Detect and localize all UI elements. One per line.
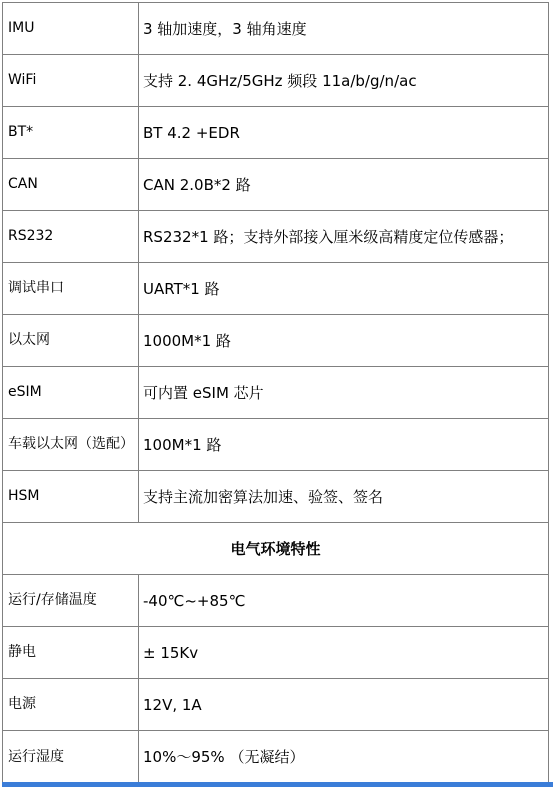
table-row: 运行湿度 10%〜95% （无凝结） (3, 731, 548, 783)
table-row: IMU 3 轴加速度，3 轴角速度 (3, 3, 548, 55)
row-label: 静电 (3, 627, 139, 678)
row-value: RS232*1 路；支持外部接入厘米级高精度定位传感器； (139, 211, 548, 262)
row-value: -40℃~+85℃ (139, 575, 548, 626)
row-label: 电源 (3, 679, 139, 730)
row-label: 运行湿度 (3, 731, 139, 783)
table-row: CAN CAN 2.0B*2 路 (3, 159, 548, 211)
section-header-title: 电气环境特性 (230, 538, 320, 559)
table-row: WiFi 支持 2. 4GHz/5GHz 频段 11a/b/g/n/ac (3, 55, 548, 107)
section-header-row: 电气环境特性 (3, 523, 548, 575)
row-label: 调试串口 (3, 263, 139, 314)
row-label: 车载以太网（选配） (3, 419, 139, 470)
spec-table: IMU 3 轴加速度，3 轴角速度 WiFi 支持 2. 4GHz/5GHz 频… (2, 2, 549, 783)
row-label: CAN (3, 159, 139, 210)
table-row: 运行/存储温度 -40℃~+85℃ (3, 575, 548, 627)
table-row: RS232 RS232*1 路；支持外部接入厘米级高精度定位传感器； (3, 211, 548, 263)
row-value: CAN 2.0B*2 路 (139, 159, 548, 210)
row-value: 12V, 1A (139, 679, 548, 730)
row-label: eSIM (3, 367, 139, 418)
row-value: 100M*1 路 (139, 419, 548, 470)
table-row: 车载以太网（选配） 100M*1 路 (3, 419, 548, 471)
row-label: 以太网 (3, 315, 139, 366)
table-row: BT* BT 4.2 +EDR (3, 107, 548, 159)
row-value: 支持 2. 4GHz/5GHz 频段 11a/b/g/n/ac (139, 55, 548, 106)
table-row: eSIM 可内置 eSIM 芯片 (3, 367, 548, 419)
row-label: WiFi (3, 55, 139, 106)
row-value: BT 4.2 +EDR (139, 107, 548, 158)
table-row: HSM 支持主流加密算法加速、验签、签名 (3, 471, 548, 523)
row-label: BT* (3, 107, 139, 158)
table-row: 以太网 1000M*1 路 (3, 315, 548, 367)
table-row: 电源 12V, 1A (3, 679, 548, 731)
row-value: 可内置 eSIM 芯片 (139, 367, 548, 418)
row-value: 3 轴加速度，3 轴角速度 (139, 3, 548, 54)
bottom-accent-bar (2, 782, 553, 787)
table-row: 调试串口 UART*1 路 (3, 263, 548, 315)
row-label: IMU (3, 3, 139, 54)
row-value: 1000M*1 路 (139, 315, 548, 366)
row-label: RS232 (3, 211, 139, 262)
row-value: ± 15Kv (139, 627, 548, 678)
row-value: 支持主流加密算法加速、验签、签名 (139, 471, 548, 522)
table-row: 静电 ± 15Kv (3, 627, 548, 679)
row-label: 运行/存储温度 (3, 575, 139, 626)
row-value: UART*1 路 (139, 263, 548, 314)
row-label: HSM (3, 471, 139, 522)
row-value: 10%〜95% （无凝结） (139, 731, 548, 783)
